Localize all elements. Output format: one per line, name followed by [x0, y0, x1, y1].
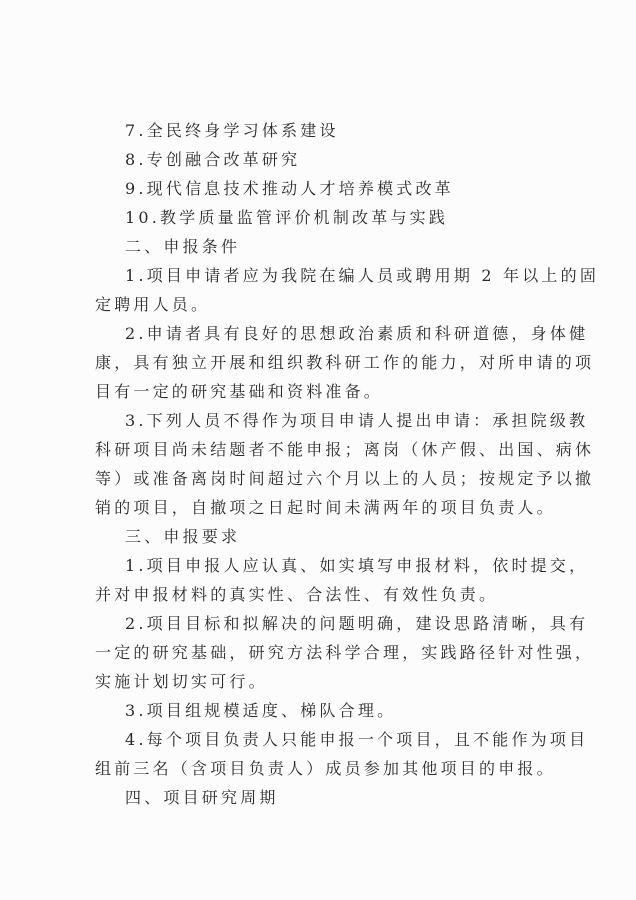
- document-page: 7.全民终身学习体系建设 8.专创融合改革研究 9.现代信息技术推动人才培养模式…: [0, 0, 636, 900]
- paragraph-line: 销的项目，自撤项之日起时间未满两年的项目负责人。: [95, 493, 540, 522]
- paragraph-line: 目有一定的研究基础和资料准备。: [95, 377, 540, 406]
- paragraph-line: 1.项目申报人应认真、如实填写申报材料，依时提交，: [95, 551, 540, 580]
- paragraph-line: 1.项目申请者应为我院在编人员或聘用期 2 年以上的固: [95, 261, 540, 290]
- paragraph-line: 一定的研究基础，研究方法科学合理，实践路径针对性强，: [95, 638, 540, 667]
- paragraph-line: 科研项目尚未结题者不能申报；离岗（休产假、出国、病休: [95, 435, 540, 464]
- section-heading-research-period: 四、项目研究周期: [95, 783, 540, 812]
- paragraph-line: 组前三名（含项目负责人）成员参加其他项目的申报。: [95, 754, 540, 783]
- paragraph-line: 康，具有独立开展和组织教科研工作的能力，对所申请的项: [95, 348, 540, 377]
- paragraph-line: 并对申报材料的真实性、合法性、有效性负责。: [95, 580, 540, 609]
- paragraph-line: 等）或准备离岗时间超过六个月以上的人员；按规定予以撤: [95, 464, 540, 493]
- paragraph-line: 3.下列人员不得作为项目申请人提出申请：承担院级教: [95, 406, 540, 435]
- list-item-7: 7.全民终身学习体系建设: [95, 116, 540, 145]
- paragraph-line: 3.项目组规模适度、梯队合理。: [95, 696, 540, 725]
- paragraph-line: 2.项目目标和拟解决的问题明确，建设思路清晰，具有: [95, 609, 540, 638]
- paragraph-line: 实施计划切实可行。: [95, 667, 540, 696]
- list-item-8: 8.专创融合改革研究: [95, 145, 540, 174]
- list-item-10: 10.教学质量监管评价机制改革与实践: [95, 203, 540, 232]
- paragraph-line: 4.每个项目负责人只能申报一个项目，且不能作为项目: [95, 725, 540, 754]
- list-item-9: 9.现代信息技术推动人才培养模式改革: [95, 174, 540, 203]
- paragraph-line: 定聘用人员。: [95, 290, 540, 319]
- section-heading-application-requirements: 三、申报要求: [95, 522, 540, 551]
- document-body: 7.全民终身学习体系建设 8.专创融合改革研究 9.现代信息技术推动人才培养模式…: [95, 116, 540, 812]
- paragraph-line: 2.申请者具有良好的思想政治素质和科研道德，身体健: [95, 319, 540, 348]
- section-heading-application-conditions: 二、申报条件: [95, 232, 540, 261]
